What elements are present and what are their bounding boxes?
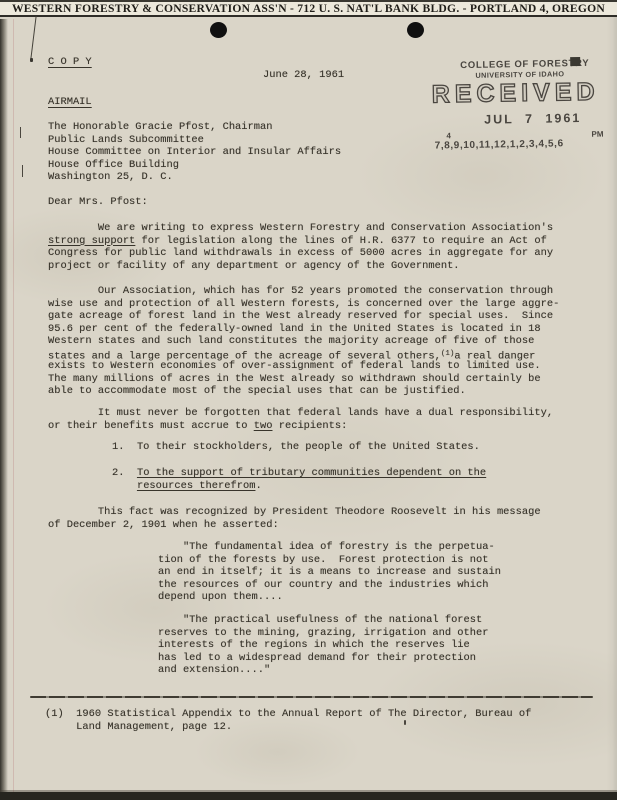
paper-margin-line <box>13 19 14 792</box>
footnote: (1) 1960 Statistical Appendix to the Ann… <box>45 708 531 733</box>
letter-date: June 28, 1961 <box>263 69 344 81</box>
list-item-communities: 2. To the support of tributary communiti… <box>112 467 486 492</box>
pen-mark <box>30 58 33 62</box>
roosevelt-quote-1: "The fundamental idea of forestry is the… <box>158 541 501 604</box>
recipient-address: The Honorable Gracie Pfost, ChairmanPubl… <box>48 121 341 184</box>
roosevelt-quote-2: "The practical usefulness of the nationa… <box>158 614 488 677</box>
stamp-date: JUL 7 1961 <box>484 111 581 127</box>
pen-mark <box>22 165 23 177</box>
scan-left-edge <box>0 19 8 792</box>
paragraph-dual-responsibility: It must never be forgotten that federal … <box>48 407 553 432</box>
scanned-letter-page: WESTERN FORESTRY & CONSERVATION ASS'N - … <box>0 0 617 800</box>
airmail-label: AIRMAIL <box>48 96 92 108</box>
hole-punch-right <box>407 22 424 38</box>
received-stamp: COLLEGE OF FORESTRY UNIVERSITY OF IDAHO … <box>429 54 617 159</box>
salutation: Dear Mrs. Pfost: <box>48 196 148 208</box>
hole-punch-left <box>210 22 227 38</box>
footnote-divider <box>30 696 593 698</box>
stamp-meridiem: PM <box>591 130 603 139</box>
paragraph-support: We are writing to express Western Forest… <box>48 222 553 272</box>
letterhead-band: WESTERN FORESTRY & CONSERVATION ASS'N - … <box>0 0 617 17</box>
stamp-hour-marker: 4 <box>446 131 451 140</box>
paragraph-association: Our Association, which has for 52 years … <box>48 285 559 398</box>
paragraph-roosevelt-intro: This fact was recognized by President Th… <box>48 506 541 531</box>
stamp-ink-smudge <box>570 57 580 66</box>
list-item-stockholders: 1. To their stockholders, the people of … <box>112 441 480 454</box>
stamp-received-text: RECEIVED <box>432 78 600 110</box>
pen-mark <box>20 127 21 138</box>
letterhead-text: WESTERN FORESTRY & CONSERVATION ASS'N - … <box>12 2 605 15</box>
pen-mark <box>30 16 37 59</box>
scan-bottom-edge <box>0 792 617 800</box>
stamp-hour-scale: 7,8,9,10,11,12,1,2,3,4,5,6 <box>435 138 564 151</box>
copy-label: C O P Y <box>48 56 92 68</box>
